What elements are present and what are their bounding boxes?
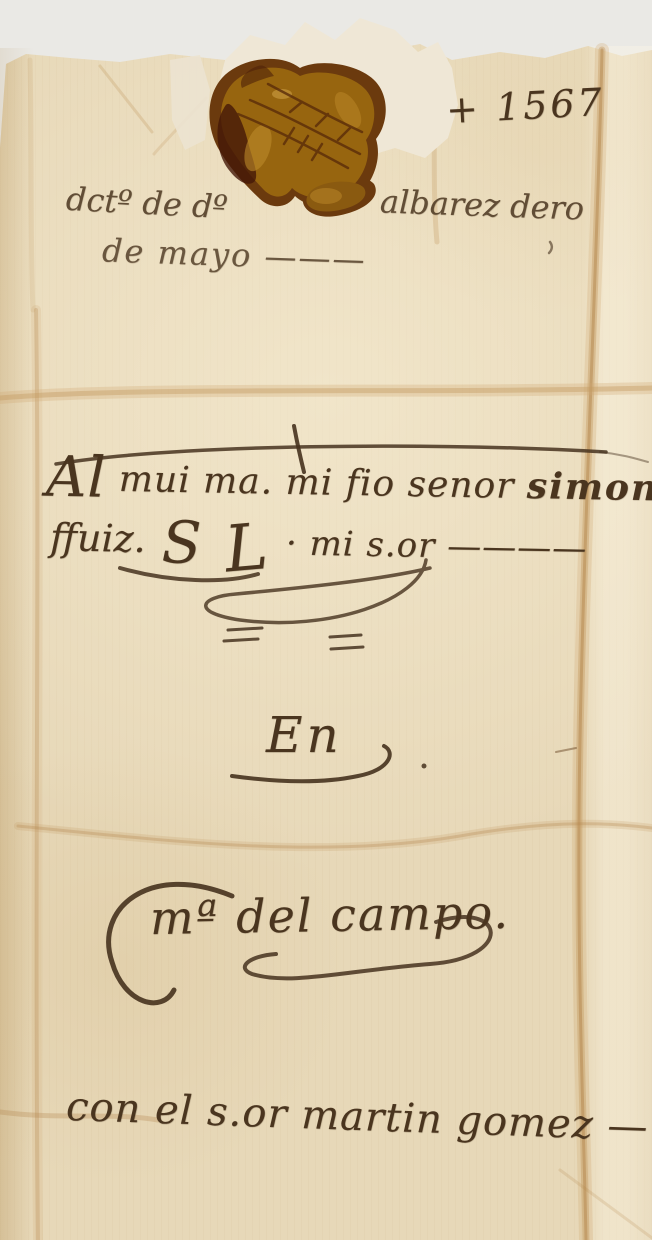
address-line2-end: · mi s.or ————	[286, 523, 588, 568]
small-pen-tick	[549, 242, 552, 253]
scanned-letter-page: + 1567 dctº de dº albarez dero de mayo —…	[0, 0, 652, 1240]
equals-mark-right	[330, 635, 361, 637]
docket-line1-right: albarez dero	[379, 182, 584, 227]
place-prefix-en: En	[266, 706, 343, 764]
address-initial: Al	[45, 445, 106, 511]
address-line2: ffuiz.SL· mi s.or ————	[50, 515, 588, 573]
addressee-surname: ffuiz.	[50, 515, 146, 561]
addressee-first-name: simon	[527, 465, 652, 509]
courtesy-glyph-l: L	[224, 528, 270, 570]
equals-mark-left	[228, 628, 262, 630]
address-line1-text: mui ma. mi fio senor	[106, 459, 527, 507]
place-name: mª del campo.	[150, 885, 511, 945]
courtesy-glyph-s: S	[161, 508, 202, 577]
year-inscription: + 1567	[445, 80, 606, 132]
